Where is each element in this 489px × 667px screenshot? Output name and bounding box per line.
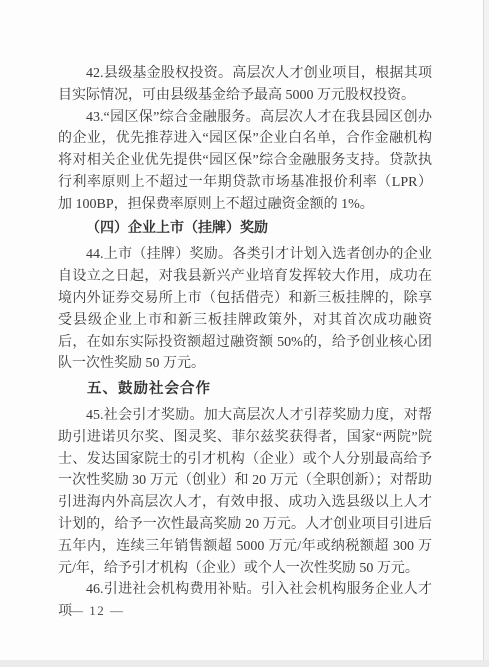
document-page: 42.县级基金股权投资。高层次人才创业项目，根据其项目实际情况，可由县级基金给予… <box>0 0 489 667</box>
paragraph-clause-42: 42.县级基金股权投资。高层次人才创业项目，根据其项目实际情况，可由县级基金给予… <box>58 63 432 107</box>
paragraph-clause-43: 43.“园区保”综合金融服务。高层次人才在我县园区创办的企业，优先推荐进入“园区… <box>58 107 432 216</box>
scan-page-bottom-edge <box>0 660 489 667</box>
section-heading-social-cooperation: 五、鼓励社会合作 <box>58 379 432 401</box>
paragraph-clause-45: 45.社会引才奖励。加大高层次人才引荐奖励力度，对帮助引进诺贝尔奖、图灵奖、菲尔… <box>58 405 432 579</box>
subsection-heading-listing-rewards: （四）企业上市（挂牌）奖励 <box>58 218 432 240</box>
scan-page-right-edge <box>483 0 489 667</box>
paragraph-clause-44: 44.上市（挂牌）奖励。各类引才计划入选者创办的企业自设立之日起，对我县新兴产业… <box>58 244 432 375</box>
document-text-block: 42.县级基金股权投资。高层次人才创业项目，根据其项目实际情况，可由县级基金给予… <box>58 63 432 623</box>
page-number: — 12 — <box>70 603 125 619</box>
